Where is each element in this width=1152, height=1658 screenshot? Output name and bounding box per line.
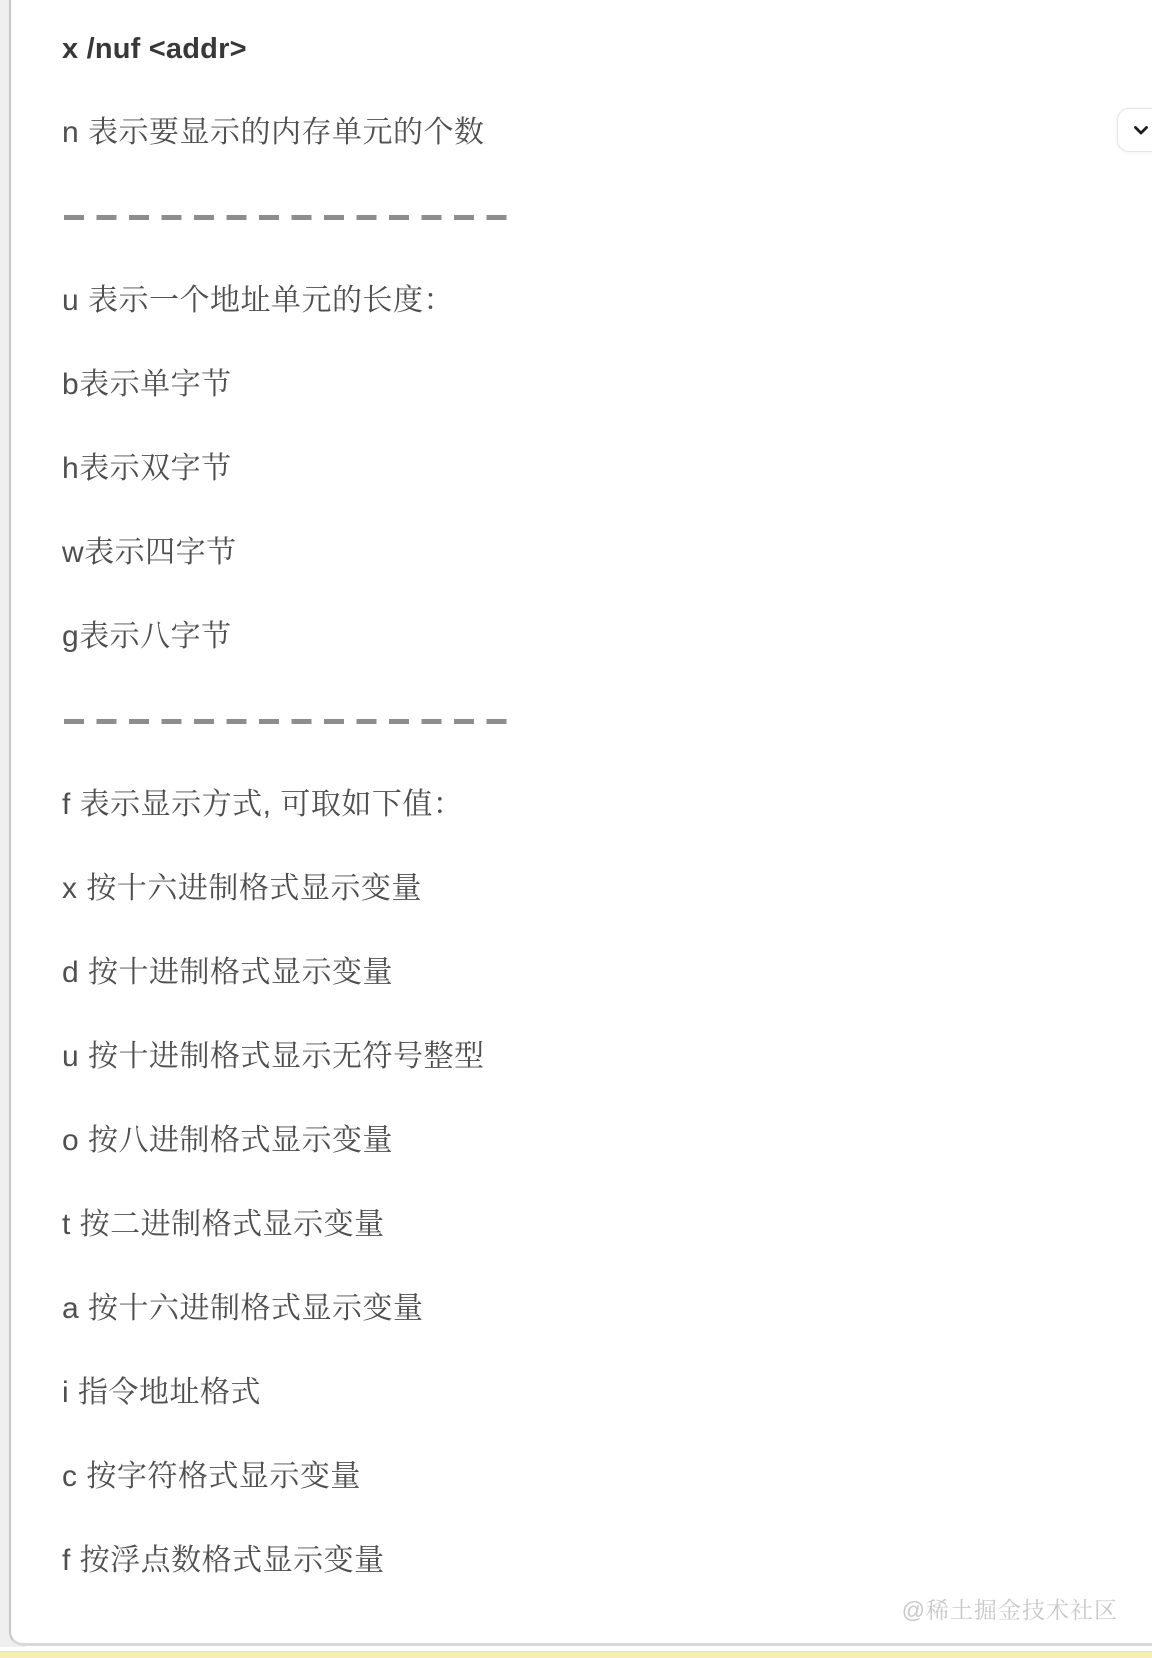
paragraph-line: w表示四字节 — [62, 536, 722, 570]
paragraph-line: b表示单字节 — [62, 368, 722, 402]
dashed-divider — [62, 704, 722, 738]
paragraph-line: u 表示一个地址单元的长度： — [62, 284, 722, 318]
paragraph-line: a 按十六进制格式显示变量 — [62, 1292, 722, 1326]
paragraph-line: c 按字符格式显示变量 — [62, 1460, 722, 1494]
paragraph-line: g表示八字节 — [62, 620, 722, 654]
command-syntax-heading: x /nuf <addr> — [62, 32, 722, 66]
highlighted-bar — [0, 1651, 1152, 1658]
paragraph-line: i 指令地址格式 — [62, 1376, 722, 1410]
article-body: x /nuf <addr>n 表示要显示的内存单元的个数u 表示一个地址单元的长… — [62, 32, 722, 1628]
paragraph-line: h表示双字节 — [62, 452, 722, 486]
paragraph-line: o 按八进制格式显示变量 — [62, 1124, 722, 1158]
paragraph-line: f 表示显示方式, 可取如下值： — [62, 788, 722, 822]
watermark: @稀土掘金技术社区 — [902, 1592, 1118, 1625]
article-content-card: x /nuf <addr>n 表示要显示的内存单元的个数u 表示一个地址单元的长… — [9, 0, 1152, 1646]
paragraph-line: u 按十进制格式显示无符号整型 — [62, 1040, 722, 1074]
dashed-divider-line — [64, 215, 507, 220]
dashed-divider — [62, 200, 722, 234]
paragraph-line: x 按十六进制格式显示变量 — [62, 872, 722, 906]
paragraph-line: n 表示要显示的内存单元的个数 — [62, 116, 722, 150]
paragraph-line: f 按浮点数格式显示变量 — [62, 1544, 722, 1578]
paragraph-line: d 按十进制格式显示变量 — [62, 956, 722, 990]
paragraph-line: t 按二进制格式显示变量 — [62, 1208, 722, 1242]
collapse-button[interactable] — [1117, 108, 1152, 152]
chevron-down-icon — [1130, 119, 1152, 141]
dashed-divider-line — [64, 719, 507, 724]
